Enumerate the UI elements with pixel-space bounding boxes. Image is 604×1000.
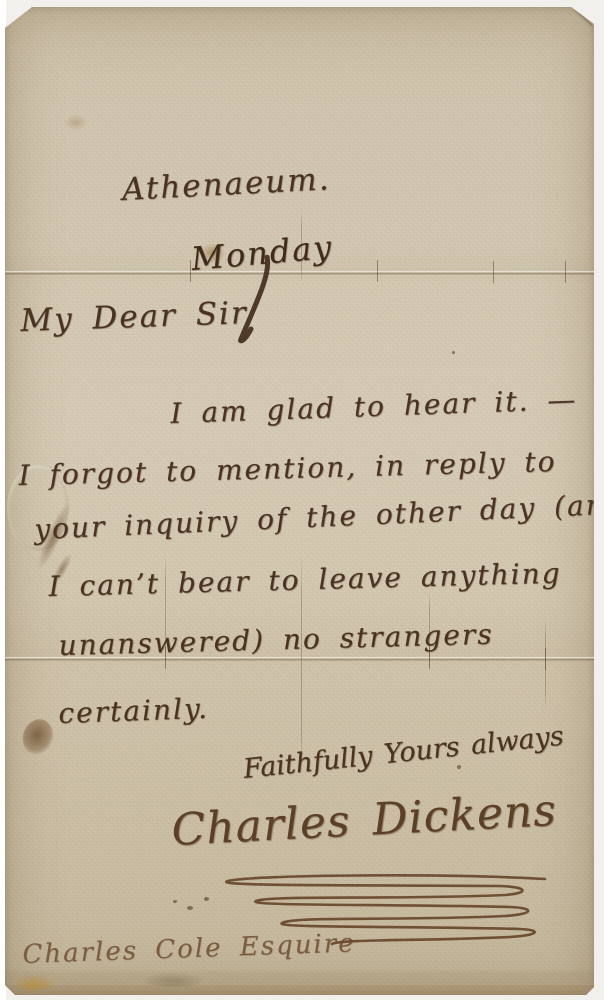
fold-tick (493, 261, 494, 283)
fold-crease-upper (5, 271, 594, 275)
letter-paper: Athenaeum. Monday My Dear Sir I am glad … (5, 7, 594, 995)
letter-scan: Athenaeum. Monday My Dear Sir I am glad … (0, 0, 604, 1000)
fold-tick (377, 260, 378, 282)
ink-speck (187, 906, 193, 910)
ink-speck (173, 900, 177, 903)
letter-body-line: certainly. (58, 692, 210, 730)
fold-tick (565, 261, 566, 283)
ink-speck (452, 351, 455, 354)
fold-tick (545, 648, 546, 670)
ink-speck (204, 897, 209, 901)
ink-speck (457, 765, 461, 769)
folded-corner (573, 7, 594, 26)
